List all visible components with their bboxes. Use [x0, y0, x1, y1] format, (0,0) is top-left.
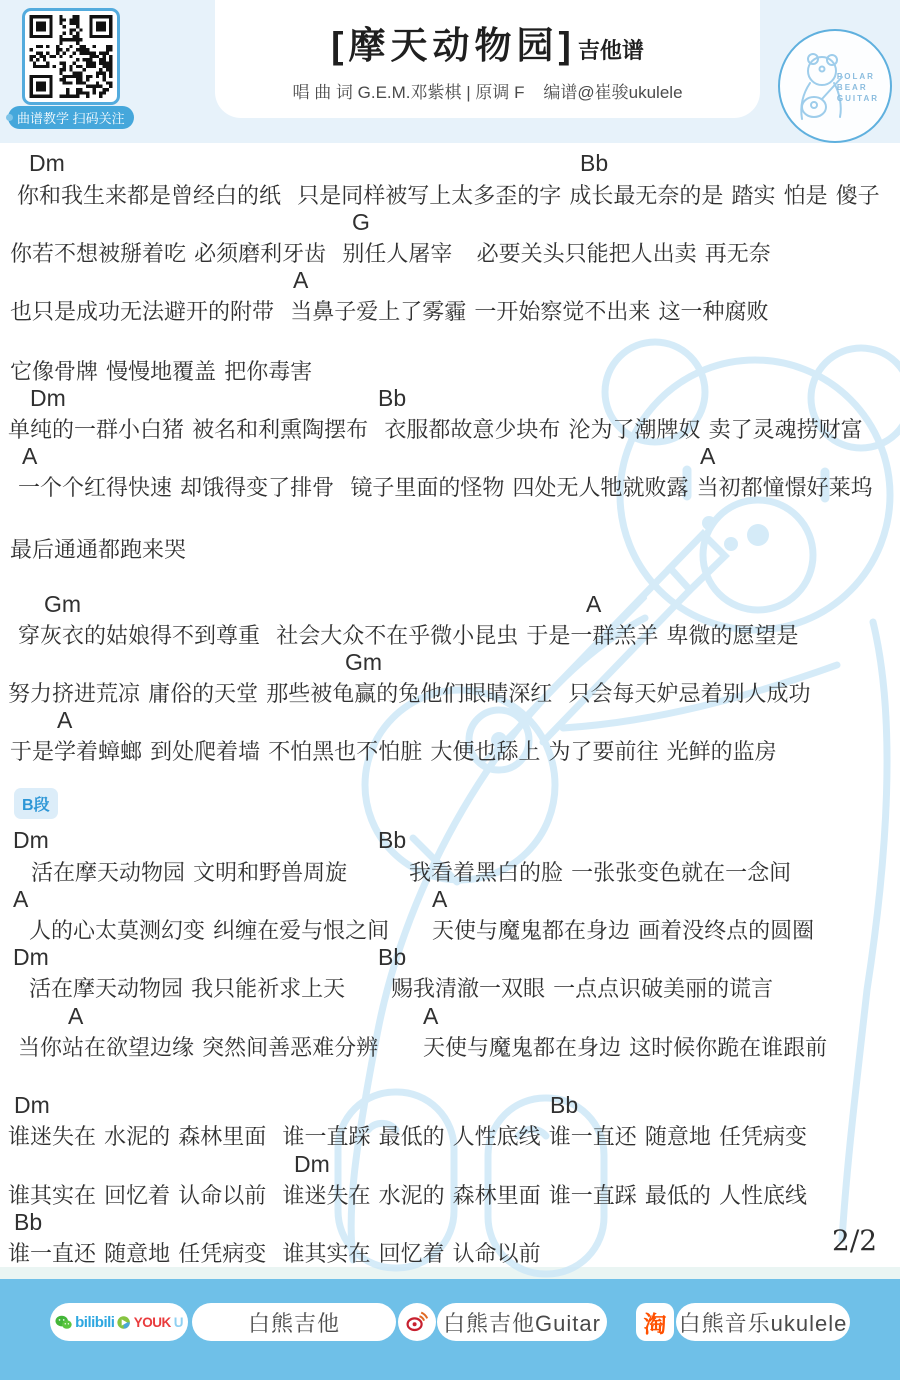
chord-label: Dm	[14, 1092, 50, 1119]
footer-handle-weibo-guitar[interactable]: 白熊吉他Guitar	[437, 1303, 607, 1341]
lyrics-sheet: B段 2/2 DmBb你和我生来都是曾经白的纸 只是同样被写上太多歪的字 成长最…	[0, 0, 900, 1380]
lyric-line: 谁迷失在 水泥的 森林里面 谁一直踩 最低的 人性底线 谁一直还 随意地 任凭病…	[8, 1120, 807, 1151]
lyric-line: 谁一直还 随意地 任凭病变 谁其实在 回忆着 认命以前	[8, 1237, 541, 1268]
chord-label: A	[13, 886, 28, 913]
chord-label: Dm	[294, 1151, 330, 1178]
chord-label: Bb	[378, 944, 406, 971]
page-title: [摩天动物园]	[331, 15, 576, 69]
footer-handle-taobao-ukulele[interactable]: 白熊音乐ukulele	[676, 1303, 850, 1341]
qr-caption-text: 曲谱教学 扫码关注	[17, 108, 125, 127]
lyric-line: 也只是成功无法避开的附带 当鼻子爱上了雾霾 一开始察觉不出来 这一种腐败	[10, 295, 768, 326]
title-card: [摩天动物园] 吉他谱 唱 曲 词 G.E.M.邓紫棋 | 原调 F 编谱@崔骏…	[215, 0, 760, 118]
chord-label: A	[700, 443, 715, 470]
qr-code	[22, 8, 120, 105]
footer-platform-icons[interactable]: bilibili YOUKU	[50, 1303, 188, 1341]
chord-label: Bb	[378, 827, 406, 854]
chord-label: A	[586, 591, 601, 618]
chord-label: Dm	[29, 150, 65, 177]
taobao-icon[interactable]: 淘	[636, 1303, 674, 1341]
lyric-line: 最后通通都跑来哭	[10, 533, 186, 564]
weibo-icon[interactable]	[398, 1303, 436, 1341]
lyric-line: 一个个红得快速 却饿得变了排骨 镜子里面的怪物 四处无人牠就败露 当初都憧憬好莱…	[18, 471, 873, 502]
chord-label: Gm	[44, 591, 81, 618]
chord-label: Bb	[550, 1092, 578, 1119]
chord-label: Dm	[13, 944, 49, 971]
page-title-suffix: 吉他谱	[578, 34, 644, 65]
chord-label: A	[432, 886, 447, 913]
lyric-line: 单纯的一群小白猪 被名和利熏陶摆布 衣服都故意少块布 沦为了潮牌奴 卖了灵魂捞财…	[8, 413, 863, 444]
chord-label: A	[423, 1003, 438, 1030]
lyric-line: 天使与魔鬼都在身边 画着没终点的圆圈	[432, 914, 814, 945]
lyric-line: 人的心太莫测幻变 纠缠在爱与恨之间	[29, 914, 389, 945]
lyric-line: 活在摩天动物园 我只能祈求上天	[29, 972, 345, 1003]
lyric-line: 当你站在欲望边缘 突然间善恶难分辨	[18, 1031, 378, 1062]
chord-label: Gm	[345, 649, 382, 676]
lyric-line: 你和我生来都是曾经白的纸 只是同样被写上太多歪的字 成长最无奈的是 踏实 怕是 …	[17, 179, 880, 210]
lyric-line: 穿灰衣的姑娘得不到尊重 社会大众不在乎微小昆虫 于是一群羔羊 卑微的愿望是	[18, 619, 798, 650]
chord-label: G	[352, 209, 370, 236]
lyric-line: 天使与魔鬼都在身边 这时候你跪在谁跟前	[423, 1031, 827, 1062]
polar-bear-logo: POLAR BEAR GUITAR	[778, 29, 892, 143]
wechat-icon	[55, 1313, 72, 1332]
chord-label: A	[293, 267, 308, 294]
lyric-line: 它像骨牌 慢慢地覆盖 把你毒害	[10, 355, 312, 386]
lyric-line: 谁其实在 回忆着 认命以前 谁迷失在 水泥的 森林里面 谁一直踩 最低的 人性底…	[8, 1179, 807, 1210]
youku-wordmark-u: U	[174, 1315, 183, 1330]
page-number: 2/2	[832, 1224, 877, 1257]
lyric-line: 我看着黑白的脸 一张张变色就在一念间	[409, 856, 791, 887]
footer-handle-baixiong-jita[interactable]: 白熊吉他	[192, 1303, 396, 1341]
chord-label: Bb	[580, 150, 608, 177]
chord-label: Dm	[30, 385, 66, 412]
lyric-line: 努力挤进荒凉 庸俗的天堂 那些被龟赢的兔他们眼睛深红 只会每天妒忌着别人成功	[8, 677, 810, 708]
lyric-line: 赐我清澈一双眼 一点点识破美丽的谎言	[391, 972, 773, 1003]
chord-label: Dm	[13, 827, 49, 854]
chord-label: Bb	[14, 1209, 42, 1236]
logo-wordmark: POLAR BEAR GUITAR	[837, 71, 879, 104]
dot-icon	[6, 114, 13, 121]
qr-caption-badge: 曲谱教学 扫码关注	[8, 106, 134, 129]
lyric-line: 活在摩天动物园 文明和野兽周旋	[31, 856, 347, 887]
chord-label: A	[22, 443, 37, 470]
chord-label: A	[68, 1003, 83, 1030]
youku-play-icon	[117, 1314, 130, 1331]
lyric-line: 你若不想被掰着吃 必须磨利牙齿 别任人屠宰 必要关头只能把人出卖 再无奈	[10, 237, 771, 268]
lyric-line: 于是学着蟑螂 到处爬着墙 不怕黑也不怕脏 大便也舔上 为了要前往 光鲜的监房	[10, 735, 777, 766]
youku-wordmark: YOUK	[134, 1315, 171, 1330]
chord-sheet-page: 曲谱教学 扫码关注 [摩天动物园] 吉他谱 唱 曲 词 G.E.M.邓紫棋 | …	[0, 0, 900, 1380]
chord-label: Bb	[378, 385, 406, 412]
chord-label: A	[57, 707, 72, 734]
bilibili-logo: bilibili	[75, 1314, 114, 1331]
credits: 唱 曲 词 G.E.M.邓紫棋 | 原调 F 编谱@崔骏ukulele	[292, 78, 682, 103]
section-b-badge: B段	[14, 788, 58, 819]
